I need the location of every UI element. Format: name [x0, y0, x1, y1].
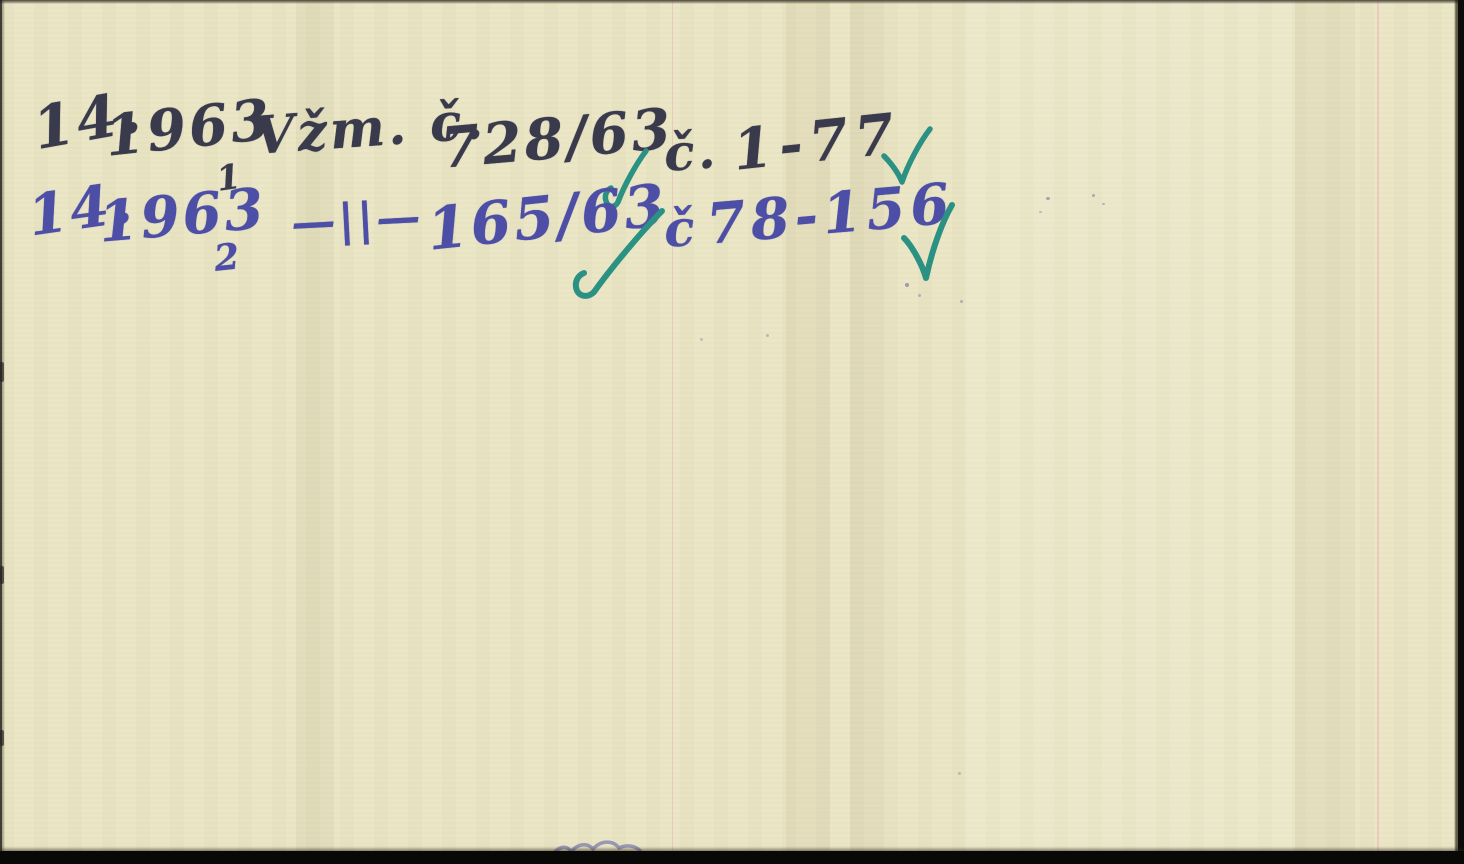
- index-card: 14. 1963 1 Vžm. č. 728/63 č. 1-77 14. 19…: [0, 0, 1464, 864]
- ink-speckle: [700, 338, 703, 341]
- ink-speckle: [1039, 211, 1042, 213]
- checkmark-icon: [556, 206, 668, 302]
- row2-volume-index: 2: [212, 235, 244, 280]
- scan-band: [1295, 0, 1355, 864]
- ink-speckle: [960, 300, 963, 303]
- card-right-edge: [1454, 0, 1464, 864]
- ink-speckle: [1046, 197, 1050, 200]
- card-top-edge: [0, 0, 1464, 4]
- ink-speckle: [766, 334, 769, 337]
- card-bottom-edge: [0, 851, 1464, 864]
- row2-year: 1963: [96, 175, 269, 255]
- ink-speckle: [958, 772, 961, 775]
- row1-item-label: č.: [662, 120, 720, 183]
- row2-ditto-mark: —||—: [290, 191, 425, 249]
- ink-speckle: [918, 294, 921, 297]
- scan-line: [1377, 0, 1379, 864]
- ink-speckle: [1092, 194, 1095, 197]
- row2-item-label: č: [662, 198, 699, 259]
- scan-band: [965, 0, 1295, 864]
- ink-speckle: [1102, 203, 1105, 205]
- checkmark-icon: [894, 198, 958, 290]
- card-left-edge: [0, 0, 5, 864]
